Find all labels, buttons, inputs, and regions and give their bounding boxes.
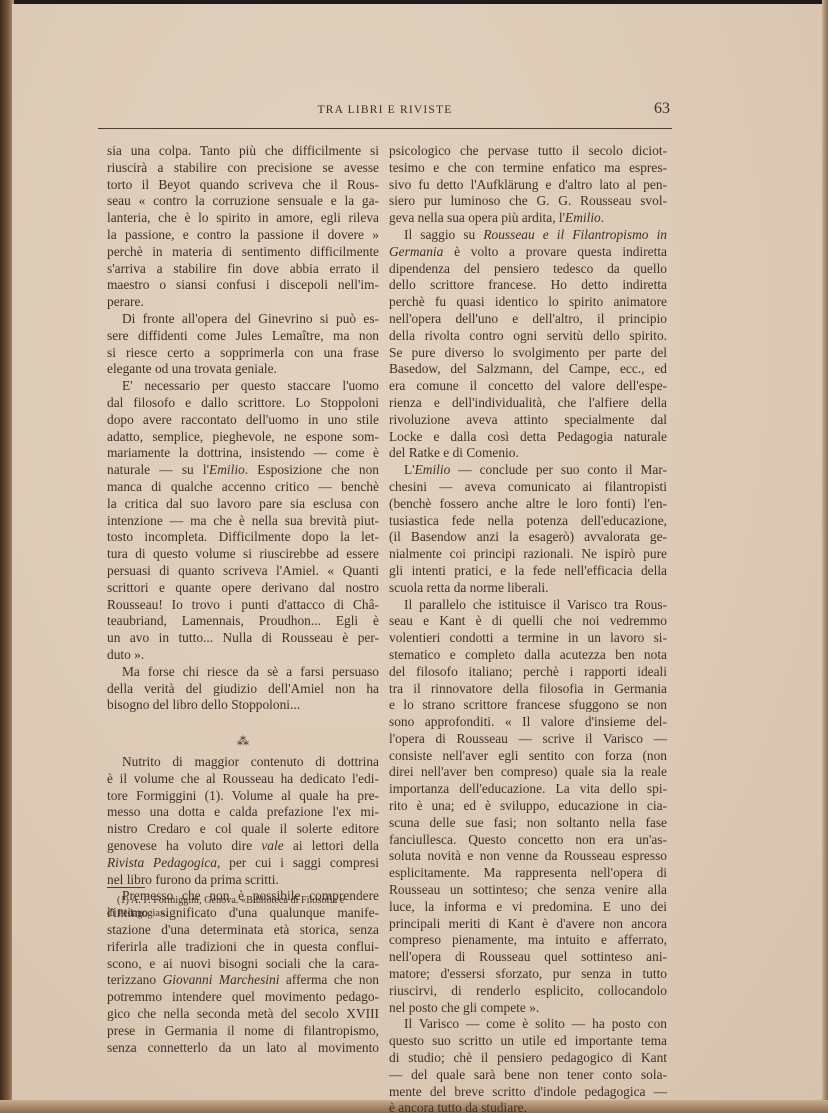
right-column: psicologico che pervase tutto il secolo … [389,143,667,1113]
title-emilio: Emilio [209,462,245,477]
paragraph: L'Emilio — conclude per suo conto il Mar… [389,462,667,596]
paragraph: Nutrito di maggior contenuto di dottrina… [107,754,379,888]
book-right-edge [822,0,828,1113]
running-title: TRA LIBRI E RIVISTE [98,104,672,116]
footnote: (1) A. F. Formiggini, Genova. «Bibliotec… [107,895,379,920]
paragraph: sia una colpa. Tanto più che difficilmen… [107,143,379,311]
section-asterism: ⁂ [107,736,379,746]
title-rivista-pedagogica: Rivista Pedagogica [107,855,217,870]
header-rule [98,128,672,129]
footnote-rule [107,887,145,888]
running-head: TRA LIBRI E RIVISTE 63 [98,100,672,122]
author-marchesini: Giovanni Marchesini [163,972,280,987]
page-number: 63 [654,100,670,118]
paragraph: Il parallelo che istituisce il Varisco t… [389,597,667,1017]
paragraph: E' necessario per questo staccare l'uomo… [107,378,379,664]
paragraph: psicologico che pervase tutto il secolo … [389,143,667,227]
title-rousseau-filantropismo: Rousseau e il Filantropismo in [483,227,667,242]
paragraph: Il Varisco — come è solito — ha posto co… [389,1016,667,1113]
paragraph: Il saggio su Rousseau e il Filantropismo… [389,227,667,462]
paragraph: Di fronte all'opera del Ginevrino si può… [107,311,379,378]
paragraph: Ma forse chi riesce da sè a farsi persua… [107,664,379,714]
